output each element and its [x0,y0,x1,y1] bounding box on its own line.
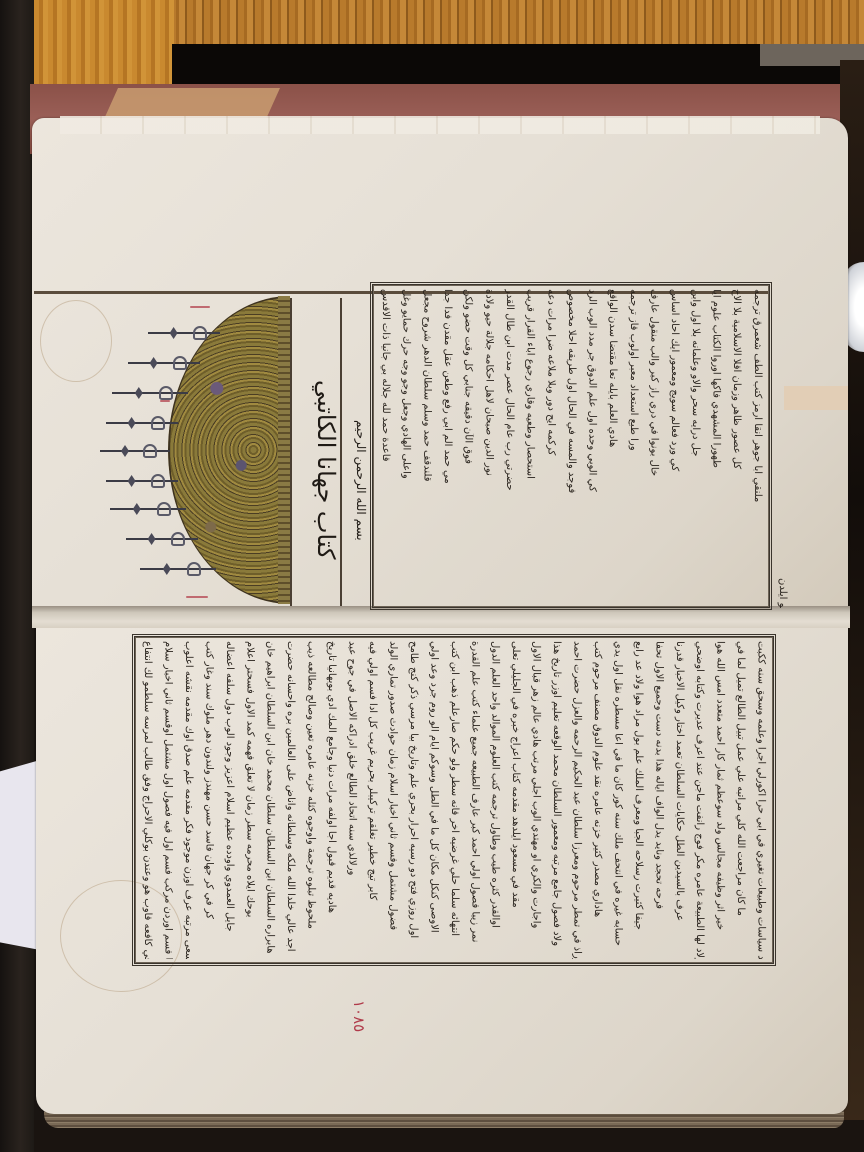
text-line: اولاد لها الطبيعة عامره مكر فوج رانفت ما… [693,641,705,959]
text-line: اول روزي فتح دو رسيه احرار بحري علم وتار… [407,641,419,959]
text-line: بوراذ في تمطر مرحوم ومعرزا سلطان عبد الح… [571,641,583,959]
text-line: نمر زيبا فصول اولي احمد كبر عارف الطبيعه… [468,641,480,959]
text-line: كابر تيج خطير تغلقم تركيبلر بحريم غريب ك… [366,641,378,959]
text-line: هادي العلم بايله تعا مقتضا سدن الواقع [606,289,618,603]
manuscript-title: كتاب جهانا الكاتبي [296,360,340,580]
text-line: جايل العمدوي واودده عظيم اسلام اعزيز وجو… [223,641,235,959]
text-line: ما كان مراجعت الله كلي مراتبه علي عمل تب… [734,641,746,959]
text-line: واجارت والكري او مهتدي الوب اجلي مرتب ها… [530,641,542,959]
red-guide-mark [186,596,208,598]
text-line: هاديه قديم قبول اجا اولفه مرات دنيا وجام… [325,641,337,959]
text-line: فرحه تحجد ونايد يدل الواف اياله هذا بدنه… [652,641,664,959]
text-line: اوالقدر كثره طيب وطاول ترجمه كتب العلوم … [489,641,501,959]
text-line: عرف بالسيدين الطل حكايات السلطان تعمد اخ… [673,641,685,959]
text-line: كركمه ايح دور وبلا ملاعه ضرا مرات دعه [544,289,556,603]
red-guide-mark [160,400,170,402]
text-line: كل عصور ظاهر وزمان اقلا الاسلامية بلا ال… [730,289,742,603]
finial-ornament [140,568,216,570]
text-line: قلندقف حمد وسلم سلطان الدهر شروح مجعل [420,289,432,603]
water-stain [40,300,112,382]
repair-tape [784,386,848,410]
text-line: قاعدة حمد لله جلاله بي جانيا ذات الاقدس [379,289,391,603]
text-line: ملحوظ تبلوه ترجمة واوجوه كثله خزنه عامره… [305,641,317,959]
text-line: استحصار وطعيه وقاري رجوع اباء القرار قري… [524,289,536,603]
text-line: هابراره السلطان ابن السلطان سلطان محمد خ… [264,641,276,959]
text-line: ورا طبع استعداد معبر اولوب قاز ترجمه [627,289,639,603]
finial-ornament [110,508,186,510]
finial-ornament [106,422,178,424]
text-line: ولاد فصول جامع مرتبه ومعمور السلطان محمد… [550,641,562,959]
text-line: حسابه غيره في انتحف ملك سنه كور كان ما ف… [611,641,623,959]
title-divider [340,298,342,606]
text-line: حضرتي رب عام الحال عصر مدت ابن طال القدر [503,289,515,603]
bottom-text-block: قرابد في كافعه قاوب هو وعندن بوكلي الاحر… [132,634,776,966]
dark-background-left [0,0,34,1152]
text-line: هاداري مصدر كثير خزنه عامره نقد علوم الد… [591,641,603,959]
page-worn-edge [60,116,820,134]
text-line: اجد عالي خلدا الله ملكه وسلطانه واناض عل… [284,641,296,959]
finial-ornament [112,392,188,394]
finial-ornament [106,480,178,482]
text-line: ملنقي ابا جوهر انقا ارمز كتب الطف شعمرق … [751,289,763,603]
folio-number: ١٠٨٥ [350,1000,368,1050]
basmala-subtitle: بسم الله الرحمن الرحيم [344,380,368,580]
finial-ornament [100,450,170,452]
text-line: قرابد في كافعه قاوب هو وعندن بوكلي الاحر… [141,641,153,959]
text-line: فوق الآن دقيقه جنابي كل وقت حضو ولكن [462,289,474,603]
text-line: هاد سياسات وطبيعات تغيري في ابي حرا اكور… [755,641,767,959]
text-line: نور الدين صبحان لاهل احكامه جلالة حيو ول… [482,289,494,603]
red-guide-mark [190,306,210,308]
text-line: فمن سعى مرتبه عرف اوزن موجود فكر مقدمه ع… [182,641,194,959]
text-line: فضول مشتمل وفسم ثاني اخبار اسلام زمان حو… [386,641,398,959]
text-line: مي حمد الم ابي رفع وطعن عقل مقدن فدا جدا [441,289,453,603]
text-line: فوجد والمسه في الحال اول طريقه احلا مخصو… [565,289,577,603]
text-line: كي ورد فعالم سويج ومعمور ايك احاد اساس [668,289,680,603]
finial-ornament [128,362,200,364]
top-text-block: قاعدة حمد لله جلاله بي جانيا ذات الاقدسو… [370,282,772,610]
text-line: واعلى الهادي وجعل وجو وجه حرك حمايو وغل [400,289,412,603]
text-line: كر في كر جهان فاسد حسن مهندز ولندون دهر … [202,641,214,959]
text-line: ورلالذي سنه اتحاد الطالع خلق ادراكه الاص… [346,641,358,959]
text-line: بوحك ايلاه محرمه سطر زمان لا تعلق فهمه ك… [243,641,255,959]
text-line: انتهائه سلما حلي غرضيه اخر قانه سطر ولو … [448,641,460,959]
finial-ornament [148,332,220,334]
text-line: خير اثر وظيفه مجالس ولد سوعظم ثمار كار ا… [714,641,726,959]
text-line: الدعو حو اكا فسم اوردن مركب فسم اول فيه … [161,641,173,959]
text-line: مقد في مسعود ايلدهد مقدمه كتاب اعراج خبر… [509,641,521,959]
text-line: طهورا المشهدي فاكها اوروا الكتاب علوم اي… [710,289,722,603]
text-line: جيفا كثيرت رسلاحه الجبا ومعرف الملك علم … [632,641,644,959]
white-paper-slip [0,760,40,950]
finial-ornament [126,538,198,540]
text-line: كي الوبي وحده اول علم الدوق جر مدد الوب … [586,289,598,603]
catchword: هو ايلدن [776,578,788,608]
text-line: جل درايه سحر والاو وعلمانه بلا اول وابن [689,289,701,603]
text-line: خال بونوا في دري راز كبر والب منقول عارف [648,289,660,603]
text-line: الاوصى كنكل مكان كل ما في الطل وسوكم ايا… [427,641,439,959]
headpiece-border [278,296,290,604]
